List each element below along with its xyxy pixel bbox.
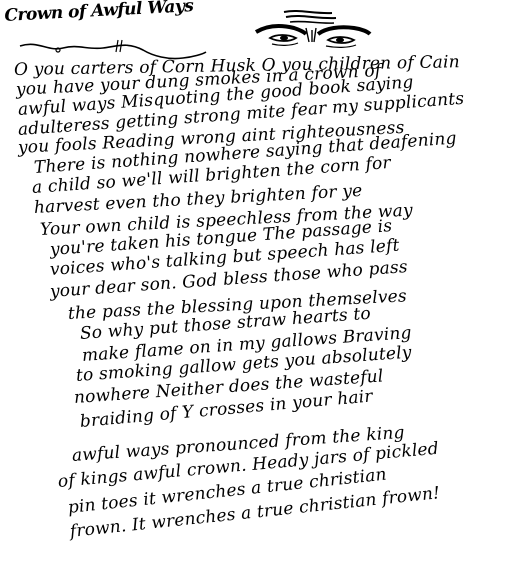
page-title: Crown of Awful Ways <box>4 0 194 26</box>
page-header: Crown of Awful Ways <box>0 0 512 50</box>
eyes-drawing-icon <box>254 8 372 48</box>
